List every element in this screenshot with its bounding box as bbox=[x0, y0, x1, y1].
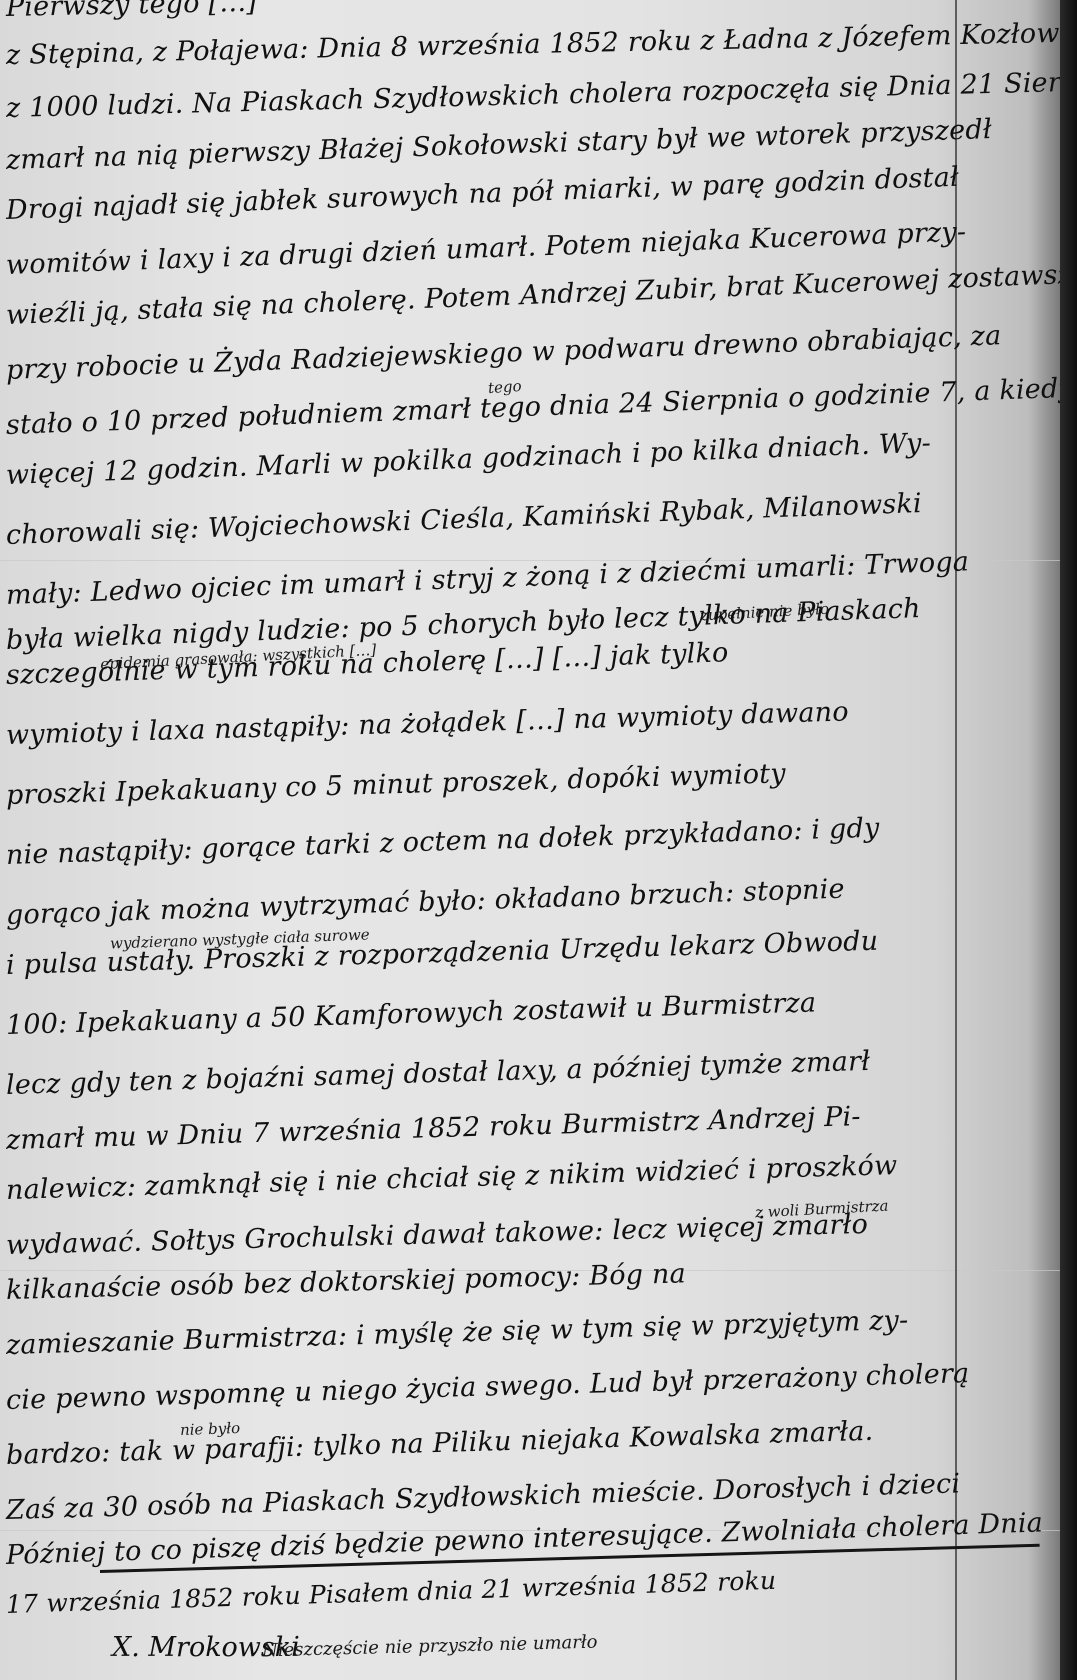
manuscript-page: Pierwszy tego […] z Stępina, z Połajewa:… bbox=[0, 0, 1060, 1680]
text-line: z 1000 ludzi. Na Piaskach Szydłowskich c… bbox=[6, 68, 1046, 124]
text-line: nie nastąpiły: gorące tarki z octem na d… bbox=[6, 807, 1046, 871]
text-line: chorowali się: Wojciechowski Cieśla, Kam… bbox=[5, 484, 1045, 551]
text-line: bardzo: tak w parafji: tylko na Piliku n… bbox=[6, 1411, 1046, 1471]
text-line: zamieszanie Burmistrza: i myślę że się w… bbox=[6, 1301, 1046, 1361]
text-line: gorąco jak można wytrzymać było: okładan… bbox=[6, 867, 1046, 931]
text-line: cie pewno wspomnę u niego życia swego. L… bbox=[6, 1356, 1046, 1416]
text-line: 17 września 1852 roku Pisałem dnia 21 wr… bbox=[6, 1557, 1046, 1619]
text-line: lecz gdy ten z bojaźni samej dostał laxy… bbox=[6, 1041, 1046, 1101]
text-line: z Stępina, z Połajewa: Dnia 8 września 1… bbox=[6, 18, 1046, 71]
signature-note: Nieszczęście nie przyszło nie umarło bbox=[262, 1632, 598, 1662]
text-line: nalewicz: zamknął się i nie chciał się z… bbox=[6, 1146, 1046, 1206]
text-line: zmarł mu w Dniu 7 września 1852 roku Bur… bbox=[6, 1096, 1046, 1156]
text-line: 100: Ipekakuany a 50 Kamforowych zostawi… bbox=[6, 981, 1046, 1041]
text-line: kilkanaście osób bez doktorskiej pomocy:… bbox=[6, 1250, 1046, 1306]
page-edge-shadow bbox=[1060, 0, 1077, 1680]
text-line: wymioty i laxa nastąpiły: na żołądek […]… bbox=[6, 691, 1046, 751]
text-line: proszki Ipekakuany co 5 minut proszek, d… bbox=[6, 751, 1046, 811]
text-line: przy robocie u Żyda Radziejewskiego w po… bbox=[5, 319, 1045, 386]
text-line: i pulsa ustały. Proszki z rozporządzenia… bbox=[6, 921, 1046, 981]
text-line: Pierwszy tego […] bbox=[6, 0, 1046, 23]
